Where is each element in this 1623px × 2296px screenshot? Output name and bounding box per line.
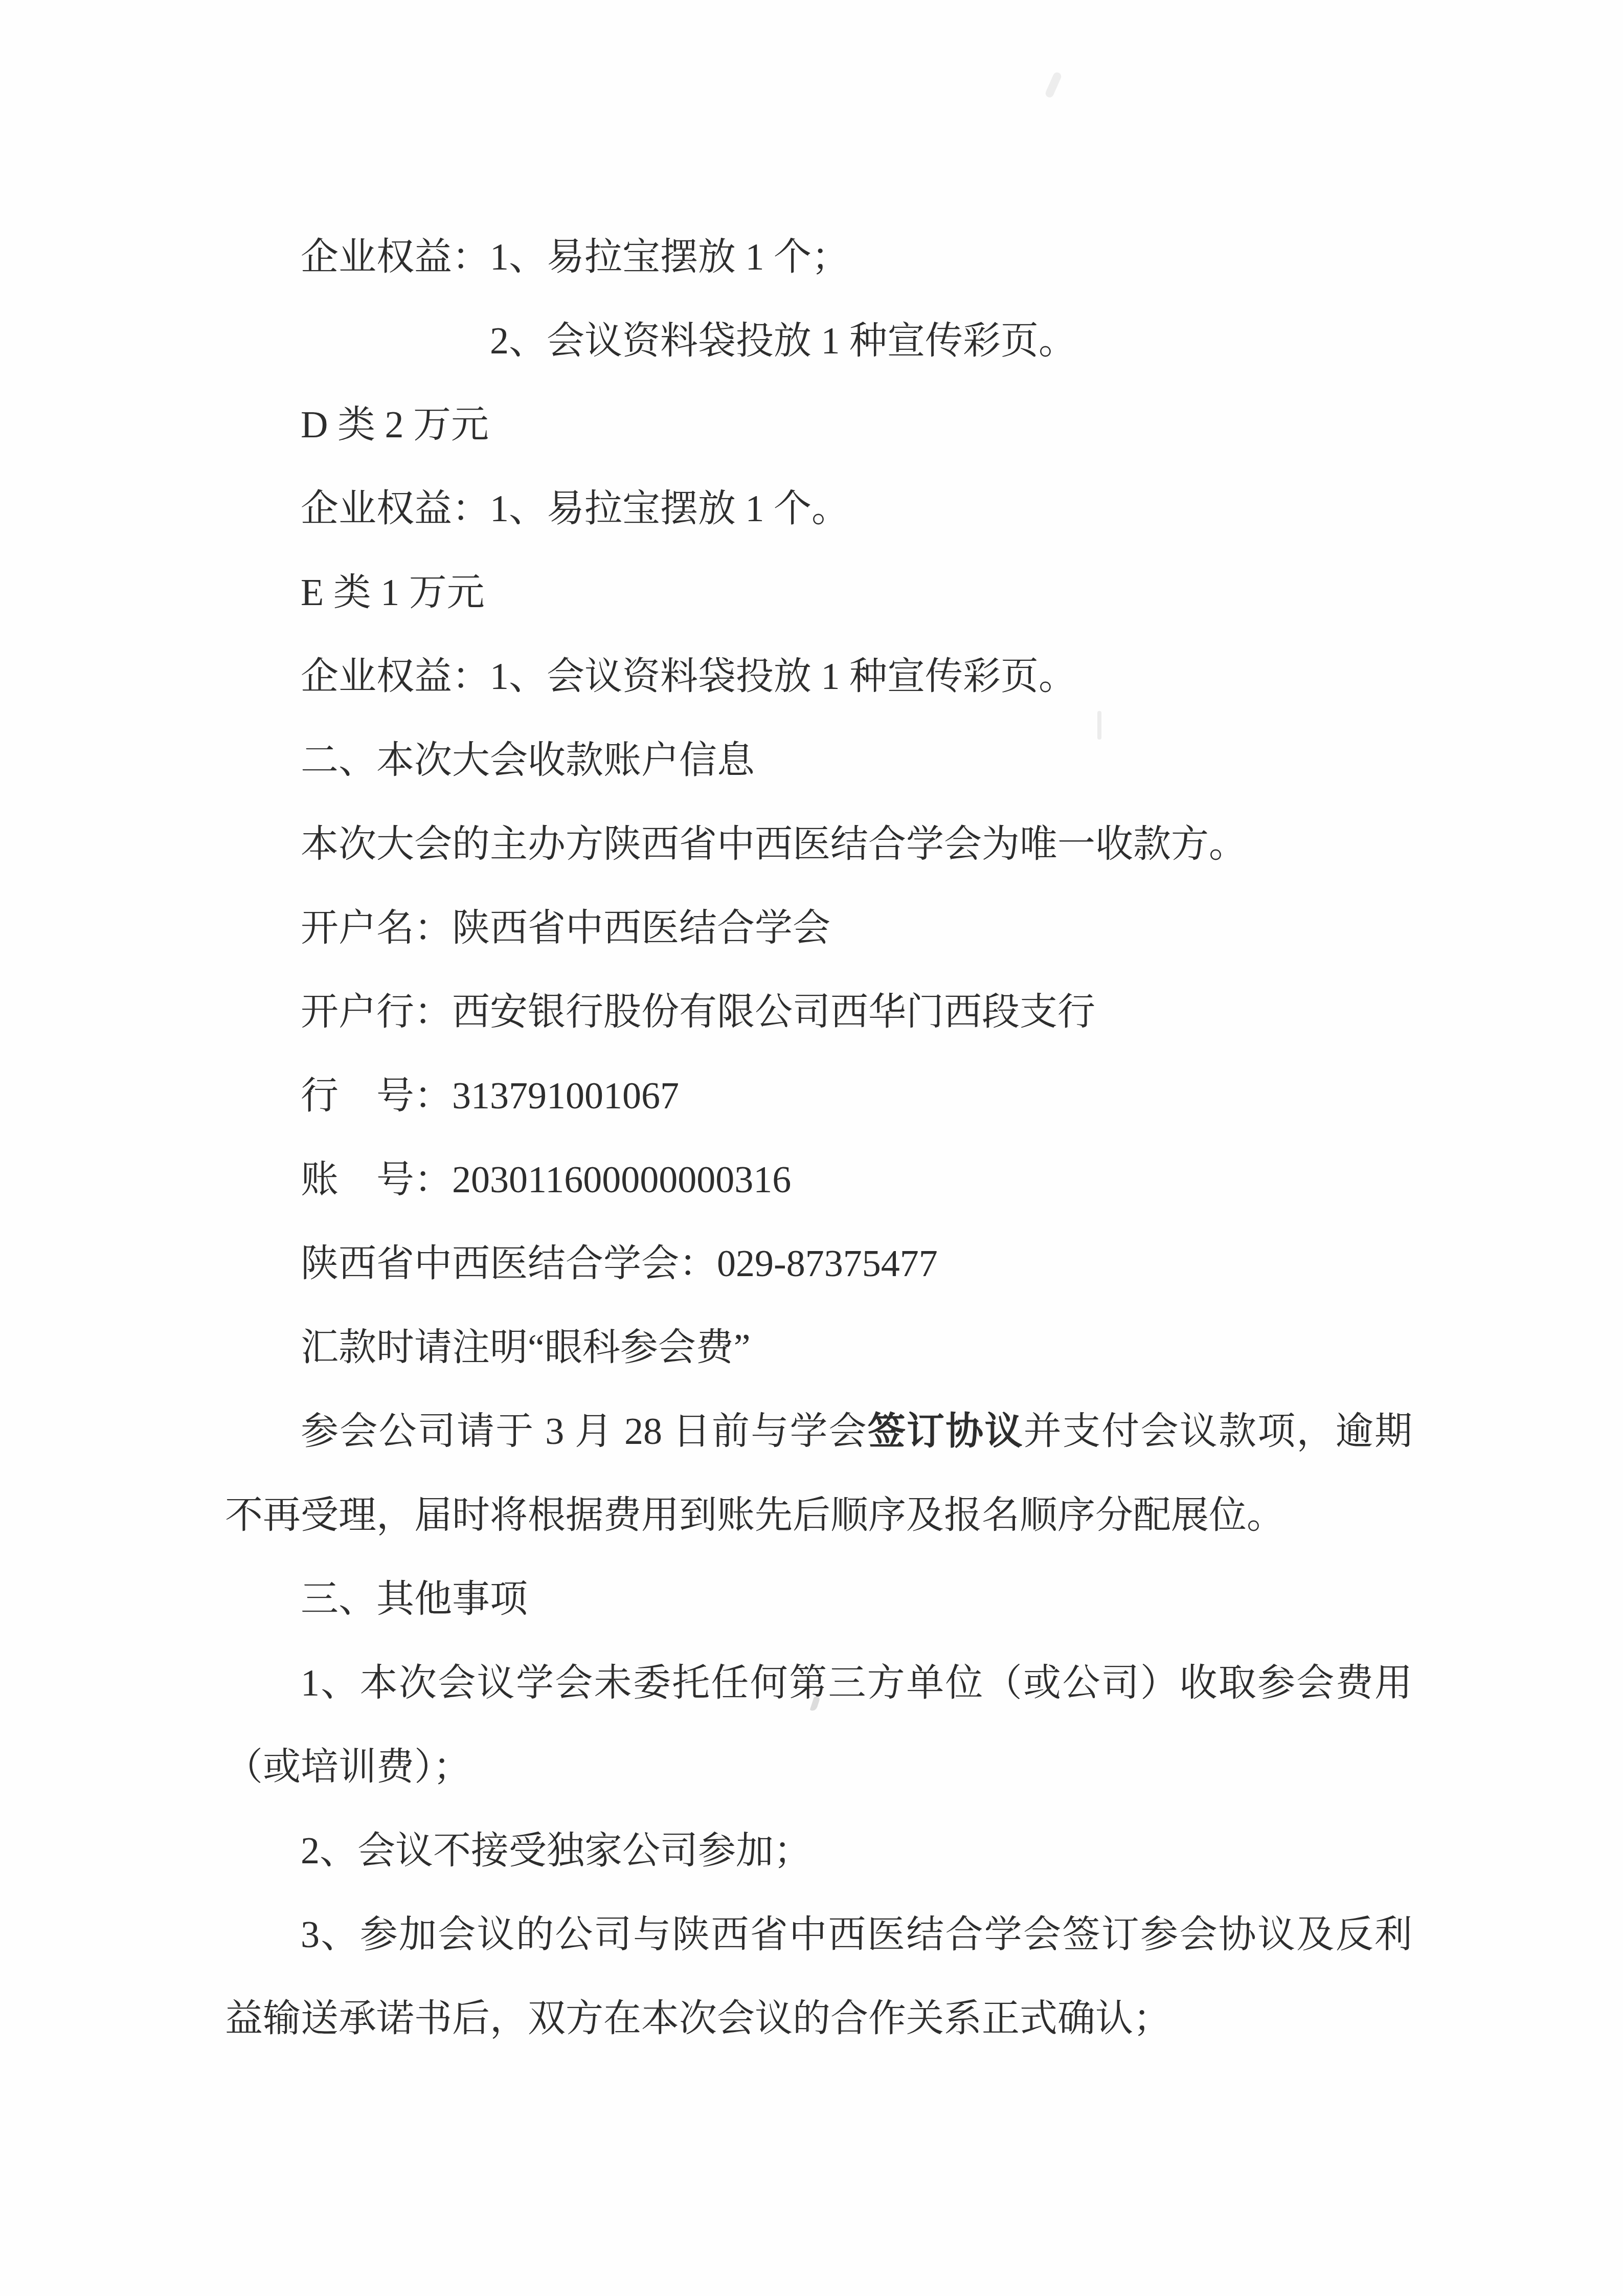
doc-line-13: 陕西省中西医结合学会：029-87375477	[225, 1222, 1412, 1306]
doc-line-16: 不再受理，届时将根据费用到账先后顺序及报名顺序分配展位。	[225, 1474, 1412, 1557]
doc-line-12: 账 号：203011600000000316	[225, 1138, 1412, 1222]
doc-line-3: D 类 2 万元	[225, 383, 1412, 467]
doc-line-10: 开户行：西安银行股份有限公司西华门西段支行	[225, 970, 1412, 1054]
doc-line-9: 开户名：陕西省中西医结合学会	[225, 886, 1412, 970]
doc-line-17: 三、其他事项	[225, 1557, 1412, 1641]
doc-line-2: 2、会议资料袋投放 1 种宣传彩页。	[225, 299, 1412, 383]
doc-line-6: 企业权益：1、会议资料袋投放 1 种宣传彩页。	[225, 635, 1412, 719]
doc-line-14: 汇款时请注明“眼科参会费”	[225, 1306, 1412, 1390]
doc-line-21: 3、参加会议的公司与陕西省中西医结合学会签订参会协议及反利	[225, 1893, 1412, 1977]
doc-line-19: （或培训费）；	[225, 1725, 1412, 1809]
text-segment: 参会公司请于 3 月 28 日前与学会	[301, 1411, 868, 1453]
doc-line-7: 二、本次大会收款账户信息	[225, 719, 1412, 803]
doc-line-8: 本次大会的主办方陕西省中西医结合学会为唯一收款方。	[225, 803, 1412, 886]
doc-line-11: 行 号：313791001067	[225, 1054, 1412, 1138]
text-segment: 并支付会议款项，逾期	[1024, 1411, 1412, 1453]
document-page: 企业权益：1、易拉宝摆放 1 个；2、会议资料袋投放 1 种宣传彩页。D 类 2…	[0, 0, 1623, 2296]
scan-artifact	[1044, 71, 1063, 99]
document-content: 企业权益：1、易拉宝摆放 1 个；2、会议资料袋投放 1 种宣传彩页。D 类 2…	[225, 215, 1412, 2061]
doc-line-4: 企业权益：1、易拉宝摆放 1 个。	[225, 467, 1412, 551]
doc-line-20: 2、会议不接受独家公司参加；	[225, 1809, 1412, 1893]
doc-line-15: 参会公司请于 3 月 28 日前与学会签订协议并支付会议款项，逾期	[225, 1390, 1412, 1474]
doc-line-5: E 类 1 万元	[225, 551, 1412, 635]
doc-line-1: 企业权益：1、易拉宝摆放 1 个；	[225, 215, 1412, 299]
doc-line-18: 1、本次会议学会未委托任何第三方单位（或公司）收取参会费用	[225, 1641, 1412, 1725]
doc-line-22: 益输送承诺书后，双方在本次会议的合作关系正式确认；	[225, 1977, 1412, 2061]
bold-text-segment: 签订协议	[868, 1411, 1024, 1453]
